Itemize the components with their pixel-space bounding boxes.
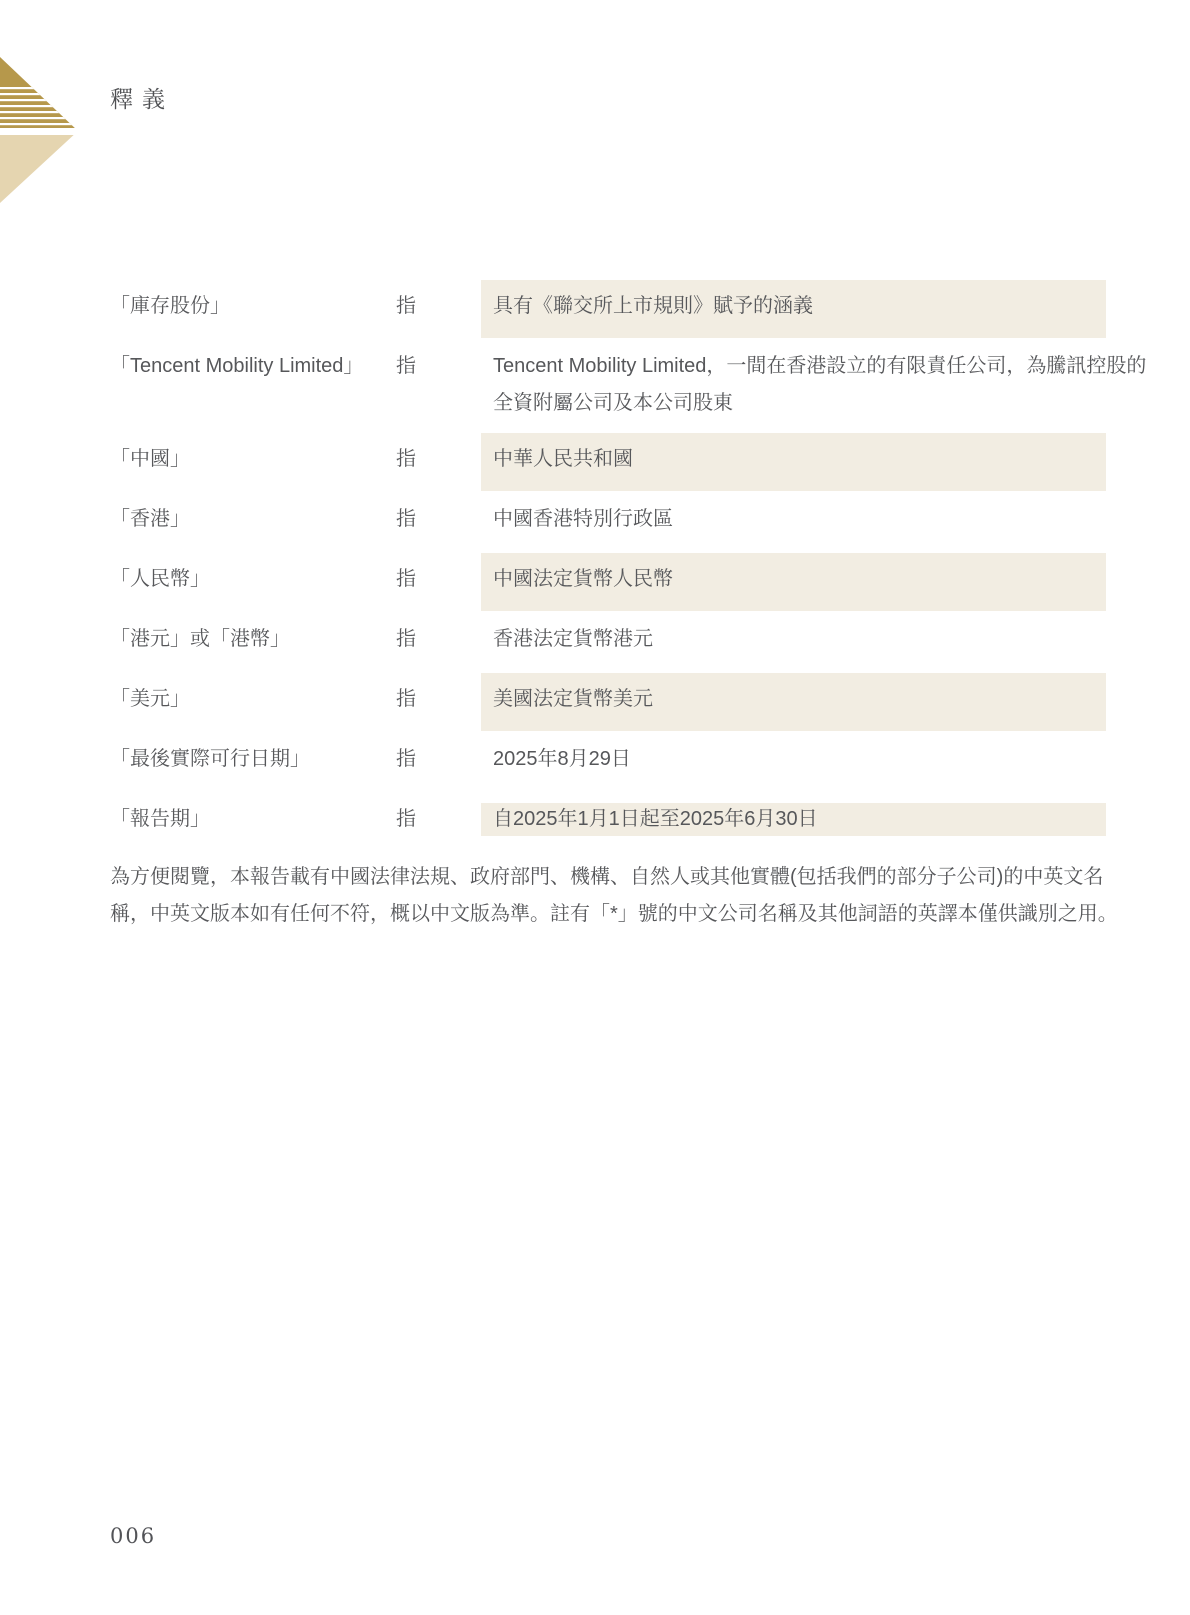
connector-cell: 指 (396, 553, 481, 611)
definition-cell: 美國法定貨幣美元 (481, 673, 1106, 731)
definition-line: 香港法定貨幣港元 (493, 621, 1090, 658)
definition-row: 「中國」 指 中華人民共和國 (110, 433, 1106, 491)
definition-line: 中華人民共和國 (493, 441, 1090, 478)
connector-cell: 指 (396, 673, 481, 731)
definition-cell: 中國香港特別行政區 (481, 493, 1106, 551)
definition-line: 中國香港特別行政區 (493, 501, 1090, 538)
definition-line: 全資附屬公司及本公司股東 (493, 385, 1146, 422)
corner-triangle-logo-icon (0, 57, 80, 205)
connector-cell: 指 (396, 733, 481, 791)
definition-row: 「最後實際可行日期」 指 2025年8月29日 (110, 733, 1106, 791)
definition-line: 2025年8月29日 (493, 741, 1090, 778)
connector-cell: 指 (396, 793, 481, 838)
definition-row: 「Tencent Mobility Limited」 指 Tencent Mob… (110, 340, 1106, 431)
definition-row: 「美元」 指 美國法定貨幣美元 (110, 673, 1106, 731)
definition-cell: 自2025年1月1日起至2025年6月30日 (481, 803, 1106, 836)
term-cell: 「中國」 (110, 433, 396, 491)
page-title: 釋義 (110, 84, 174, 114)
note-line: 稱，中英文版本如有任何不符，概以中文版為準。註有「*」號的中文公司名稱及其他詞語… (110, 896, 1106, 933)
term-cell: 「美元」 (110, 673, 396, 731)
definition-cell: 2025年8月29日 (481, 733, 1106, 791)
term-cell: 「Tencent Mobility Limited」 (110, 340, 396, 435)
page-number: 006 (110, 1524, 156, 1548)
definition-line: 美國法定貨幣美元 (493, 681, 1090, 718)
definition-line: 自2025年1月1日起至2025年6月30日 (493, 803, 1090, 836)
note-paragraph: 為方便閱覽，本報告載有中國法律法規、政府部門、機構、自然人或其他實體(包括我們的… (110, 859, 1106, 933)
definition-row: 「香港」 指 中國香港特別行政區 (110, 493, 1106, 551)
connector-cell: 指 (396, 340, 481, 435)
definition-row: 「港元」或「港幣」 指 香港法定貨幣港元 (110, 613, 1106, 671)
definition-cell: 具有《聯交所上市規則》賦予的涵義 (481, 280, 1106, 338)
term-cell: 「港元」或「港幣」 (110, 613, 396, 671)
connector-cell: 指 (396, 493, 481, 551)
definitions-table: 「庫存股份」 指 具有《聯交所上市規則》賦予的涵義 「Tencent Mobil… (110, 280, 1106, 840)
term-cell: 「香港」 (110, 493, 396, 551)
definition-line: 具有《聯交所上市規則》賦予的涵義 (493, 288, 1090, 325)
term-cell: 「庫存股份」 (110, 280, 396, 338)
document-page: 釋義 「庫存股份」 指 具有《聯交所上市規則》賦予的涵義 「Tencent Mo… (0, 0, 1190, 1615)
definition-row: 「庫存股份」 指 具有《聯交所上市規則》賦予的涵義 (110, 280, 1106, 338)
connector-cell: 指 (396, 433, 481, 491)
note-line: 為方便閱覽，本報告載有中國法律法規、政府部門、機構、自然人或其他實體(包括我們的… (110, 859, 1106, 896)
term-cell: 「人民幣」 (110, 553, 396, 611)
term-cell: 「最後實際可行日期」 (110, 733, 396, 791)
definition-line: Tencent Mobility Limited，一間在香港設立的有限責任公司，… (493, 348, 1146, 385)
definition-cell: 香港法定貨幣港元 (481, 613, 1106, 671)
connector-cell: 指 (396, 613, 481, 671)
connector-cell: 指 (396, 280, 481, 338)
term-cell: 「報告期」 (110, 793, 396, 838)
definition-row: 「人民幣」 指 中國法定貨幣人民幣 (110, 553, 1106, 611)
definition-cell: 中華人民共和國 (481, 433, 1106, 491)
definition-row: 「報告期」 指 自2025年1月1日起至2025年6月30日 (110, 793, 1106, 838)
definition-cell: 中國法定貨幣人民幣 (481, 553, 1106, 611)
definition-cell: Tencent Mobility Limited，一間在香港設立的有限責任公司，… (481, 340, 1162, 435)
definition-line: 中國法定貨幣人民幣 (493, 561, 1090, 598)
